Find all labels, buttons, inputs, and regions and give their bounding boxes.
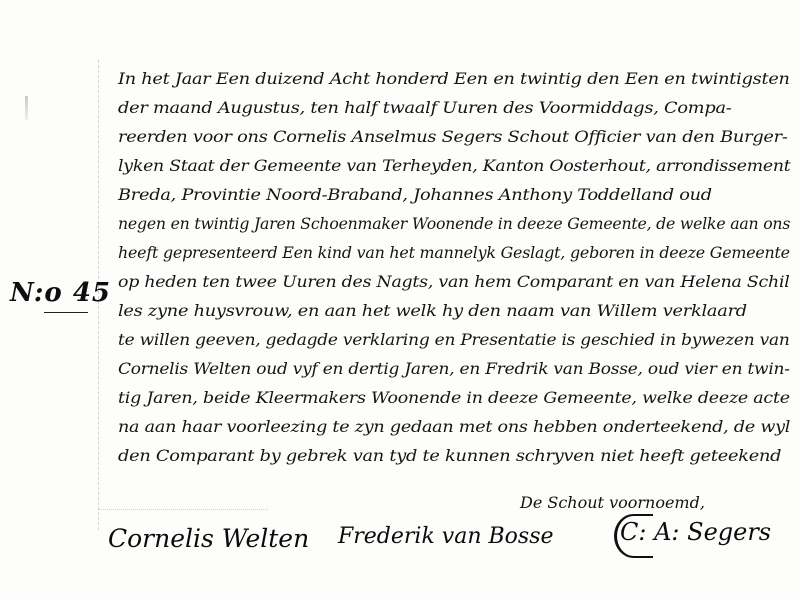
record-line: Cornelis Welten oud vyf en dertig Jaren,… (118, 360, 790, 378)
record-line: reerden voor ons Cornelis Anselmus Seger… (118, 128, 788, 146)
signature-witness-1: Cornelis Welten (108, 524, 309, 553)
record-line: tig Jaren, beide Kleermakers Woonende in… (118, 389, 790, 407)
record-line: op heden ten twee Uuren des Nagts, van h… (118, 273, 790, 291)
record-line: les zyne huysvrouw, en aan het welk hy d… (118, 302, 747, 320)
document-page: N:o 45 In het Jaar Een duizend Acht hond… (0, 0, 800, 600)
signature-officer: C: A: Segers (620, 518, 771, 546)
record-line: negen en twintig Jaren Schoenmaker Woone… (118, 215, 790, 233)
record-line: na aan haar voorleezing te zyn gedaan me… (118, 418, 790, 436)
record-line: In het Jaar Een duizend Acht honderd Een… (118, 70, 790, 88)
scan-artifact (25, 96, 28, 120)
record-line: den Comparant by gebrek van tyd te kunne… (118, 447, 781, 465)
signature-rule (98, 509, 268, 510)
record-line: heeft gepresenteerd Een kind van het man… (118, 244, 790, 262)
record-line: Breda, Provintie Noord-Braband, Johannes… (118, 186, 712, 204)
record-line: lyken Staat der Gemeente van Terheyden, … (118, 157, 790, 175)
record-line: der maand Augustus, ten half twaalf Uure… (118, 99, 732, 117)
signature-witness-2: Frederik van Bosse (338, 524, 554, 549)
act-number: N:o 45 (10, 278, 111, 308)
record-line: te willen geeven, gedagde verklaring en … (118, 331, 790, 349)
closing-line: De Schout voornoemd, (520, 493, 705, 512)
